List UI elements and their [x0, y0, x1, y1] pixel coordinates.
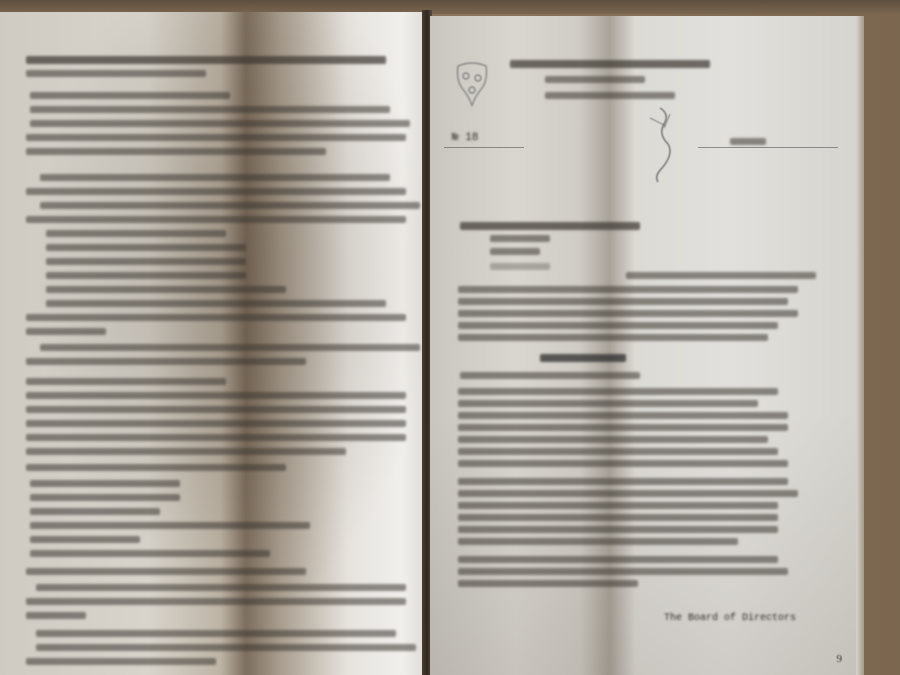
page-number: 9	[837, 653, 843, 665]
addressee-line-2	[490, 235, 550, 242]
right-page: № 18 The Board of Directors 9	[430, 16, 858, 675]
letterhead-subtitle	[545, 76, 645, 83]
date-line	[626, 272, 816, 279]
signature: The Board of Directors	[664, 613, 796, 624]
left-page	[0, 12, 424, 675]
letterhead-emblem-icon	[450, 58, 494, 110]
section-subheading	[460, 372, 640, 379]
addressee-line-3	[490, 248, 540, 255]
reference-number: № 18	[452, 132, 478, 144]
addressee-line-1	[460, 222, 640, 230]
page-edge	[856, 16, 864, 675]
letterhead-address	[545, 92, 675, 99]
letterhead-title	[510, 60, 710, 68]
section-heading	[540, 354, 626, 362]
sketch-mark-icon	[640, 104, 690, 184]
